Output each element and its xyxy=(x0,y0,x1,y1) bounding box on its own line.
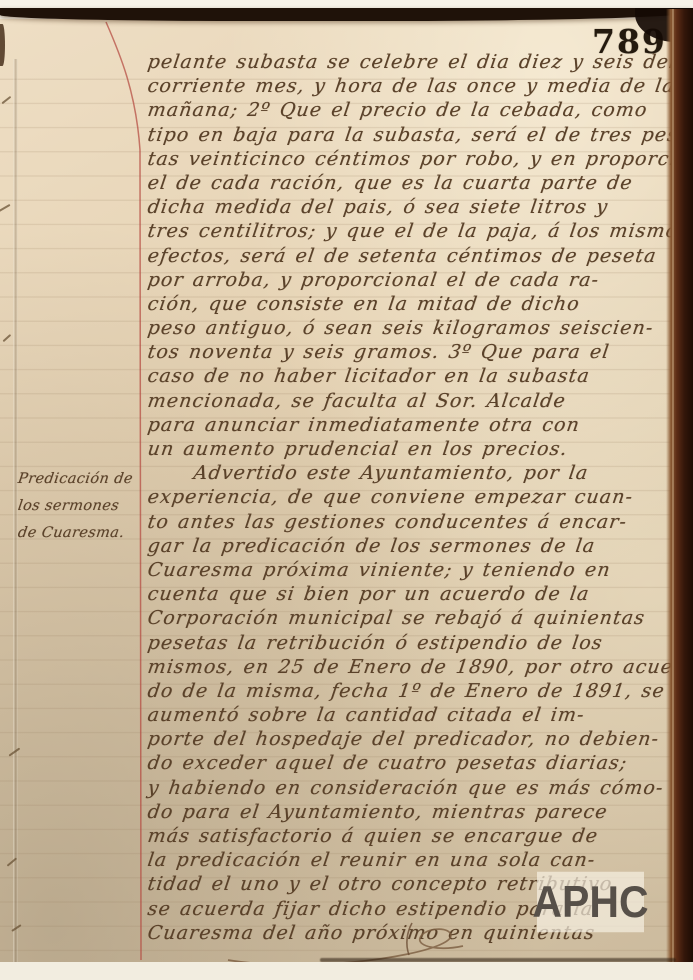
handwritten-line: corriente mes, y hora de las once y medi… xyxy=(146,74,681,98)
handwritten-line: un aumento prudencial en los precios. xyxy=(146,437,681,461)
handwritten-line: cuenta que si bien por un acuerdo de la xyxy=(146,582,681,606)
handwritten-line: experiencia, de que conviene empezar cua… xyxy=(146,485,681,509)
handwritten-line: por arroba, y proporcional el de cada ra… xyxy=(146,268,681,292)
handwritten-line: tres centilitros; y que el de la paja, á… xyxy=(146,219,681,243)
handwritten-line: pesetas la retribución ó estipendio de l… xyxy=(146,631,681,655)
handwritten-line: caso de no haber licitador en la subasta xyxy=(146,364,681,388)
book-left-edge-mark xyxy=(0,24,5,66)
handwritten-line: to antes las gestiones conducentes á enc… xyxy=(146,510,681,534)
handwritten-line: pelante subasta se celebre el dia diez y… xyxy=(146,50,681,74)
handwritten-line: gar la predicación de los sermones de la xyxy=(146,534,681,558)
scan-edge-bottom xyxy=(0,962,693,980)
handwritten-line: do para el Ayuntamiento, mientras parece xyxy=(146,800,681,824)
handwritten-line: el de cada ración, que es la cuarta part… xyxy=(146,171,681,195)
handwritten-line: peso antiguo, ó sean seis kilogramos sei… xyxy=(146,316,681,340)
handwritten-line: mañana; 2º Que el precio de la cebada, c… xyxy=(146,98,681,122)
handwritten-line: mismos, en 25 de Enero de 1890, por otro… xyxy=(146,655,681,679)
handwritten-line: mencionada, se faculta al Sor. Alcalde xyxy=(146,389,681,413)
margin-note-line: de Cuaresma. xyxy=(16,520,148,547)
handwritten-line: tos noventa y seis gramos. 3º Que para e… xyxy=(146,340,681,364)
handwritten-line: do de la misma, fecha 1º de Enero de 189… xyxy=(146,679,681,703)
archive-watermark: APHC xyxy=(537,872,644,932)
scanned-manuscript-page: 789 Predicación delos sermonesde Cuaresm… xyxy=(0,0,693,980)
handwritten-line: y habiendo en consideración que es más c… xyxy=(146,776,681,800)
handwritten-line: do exceder aquel de cuatro pesetas diari… xyxy=(146,751,681,775)
handwritten-line: Advertido este Ayuntamiento, por la xyxy=(146,461,681,485)
handwritten-line: más satisfactorio á quien se encargue de xyxy=(146,824,681,848)
handwritten-line: Corporación municipal se rebajó á quinie… xyxy=(146,606,681,630)
binding-stitch xyxy=(0,204,11,213)
handwritten-line: aumentó sobre la cantidad citada el im- xyxy=(146,703,681,727)
handwritten-line: para anunciar inmediatamente otra con xyxy=(146,413,681,437)
book-spine-edge xyxy=(666,9,693,962)
handwritten-line: tipo en baja para la subasta, será el de… xyxy=(146,123,681,147)
binding-stitch xyxy=(1,96,11,105)
handwritten-line: dicha medida del pais, ó sea siete litro… xyxy=(146,195,681,219)
binding-stitch xyxy=(2,334,11,342)
handwritten-line: porte del hospedaje del predicador, no d… xyxy=(146,727,681,751)
handwritten-line: tas veinticinco céntimos por robo, y en … xyxy=(146,147,681,171)
manuscript-text: pelante subasta se celebre el dia diez y… xyxy=(146,50,678,945)
handwritten-line: efectos, será el de setenta céntimos de … xyxy=(146,244,681,268)
handwritten-line: Cuaresma próxima viniente; y teniendo en xyxy=(146,558,681,582)
margin-note: Predicación delos sermonesde Cuaresma. xyxy=(16,466,144,547)
handwritten-line: ción, que consiste en la mitad de dicho xyxy=(146,292,681,316)
handwritten-line: la predicación el reunir en una sola can… xyxy=(146,848,681,872)
margin-note-line: los sermones xyxy=(16,493,148,520)
margin-note-line: Predicación de xyxy=(16,466,148,493)
